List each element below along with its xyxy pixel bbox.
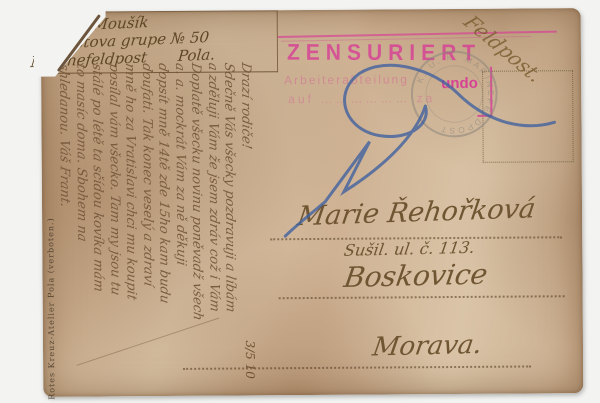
recipient-street: Sušil. ul. č. 113.: [343, 238, 476, 260]
message-line: posílal vám všecko. Tam my jsou tu: [105, 62, 124, 401]
message-line: dopsít mně 14tě zde 15ho kam budu: [154, 62, 173, 401]
message-line: a zděluji Vám že jsem zdráv což i Vám: [204, 61, 223, 400]
message-line: shledanou. Váš Frant.: [55, 62, 74, 401]
message-line: mně ho za Vratislavi chci mu koupit: [121, 62, 140, 401]
postcard: Moušík gustova grupe № 50 Marinefeldpost…: [41, 8, 584, 397]
message-line: Sdečně Vás všecky pozdravuji a líbám: [220, 61, 239, 400]
recipient-region: Morava.: [371, 330, 485, 363]
scanned-postcard-page: { "scan": { "background_color": "#f3f3f1…: [0, 0, 600, 403]
address-dotted-line-2: [279, 293, 565, 299]
message-line: a. a. mockrát Vám za ně děkuji: [171, 62, 190, 401]
message-line: doufati. Tak konec veselý a zdraví: [138, 62, 157, 401]
message-date: 3/5 10: [243, 340, 257, 379]
message-line: to masíc doma. Sbohem na: [72, 62, 91, 401]
publisher-caption: Rotes Kreuz-Atelier Pola (verboten.): [46, 217, 56, 400]
message-body: Drazí rodiče!Sdečně Vás všecky pozdravuj…: [55, 62, 255, 399]
svg-text:K. U. K. MARINEFELDPOST: K. U. K. MARINEFELDPOST: [402, 41, 507, 146]
postmark-text: K. U. K. MARINEFELDPOST: [402, 41, 507, 146]
recipient-town: Boskovice: [342, 258, 490, 295]
recipient-name: Marie Řehořková: [295, 193, 537, 232]
censor-stamp-line2: Arbeiterabteilung: [284, 72, 409, 87]
message-line: stálé po létě ta sčídou kovíka mám: [88, 62, 107, 401]
message-line: Doplatě všecku novinu poněvadž všech: [187, 61, 206, 400]
